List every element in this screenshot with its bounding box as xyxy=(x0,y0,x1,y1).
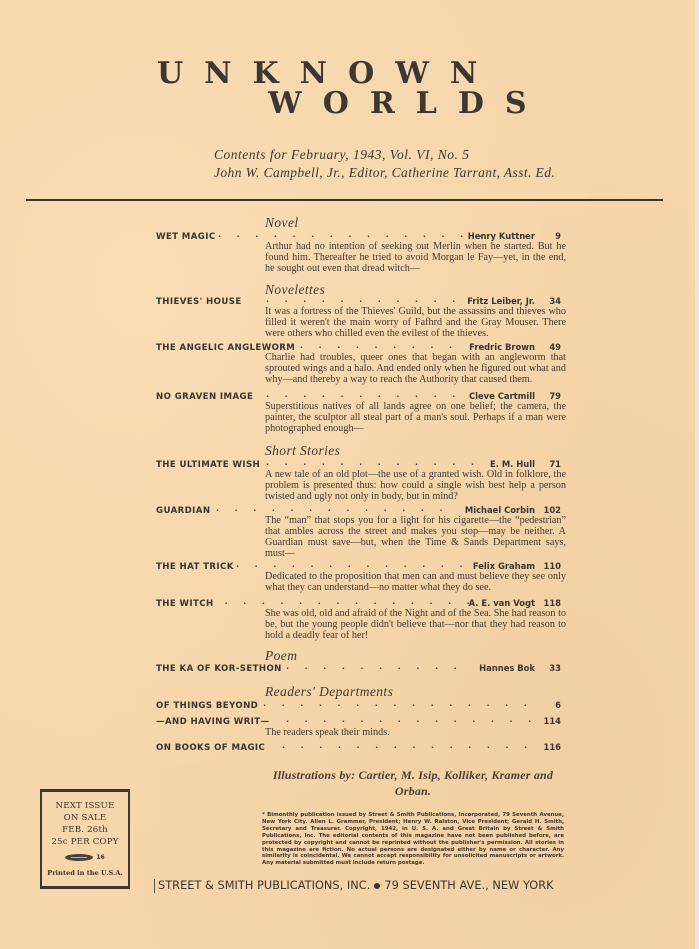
leader-dots: . . . . . . . . . . . . . . . . . . . . … xyxy=(286,662,472,671)
editors-line: John W. Campbell, Jr., Editor, Catherine… xyxy=(214,165,555,181)
toc-entry-author: Fredric Brown xyxy=(469,342,535,352)
toc-entry-byline: A. E. van Vogt118 xyxy=(469,598,561,608)
publisher-footer: STREET & SMITH PUBLICATIONS, INC.79 SEVE… xyxy=(154,879,554,893)
toc-entry-title: THE WITCH xyxy=(156,599,214,609)
magazine-title-line2: WORLDS xyxy=(268,86,548,121)
toc-entry-page: 110 xyxy=(539,561,561,571)
toc-entry-author: Fritz Leiber, Jr. xyxy=(467,296,535,306)
leader-dots: . . . . . . . . . . . . . . . . . . . . … xyxy=(236,560,466,569)
toc-entry-byline: Michael Corbin102 xyxy=(465,505,561,515)
publisher-address: 79 SEVENTH AVE., NEW YORK xyxy=(384,879,553,892)
toc-entry-title: THE ULTIMATE WISH xyxy=(156,460,260,470)
toc-entry-byline: E. M. Hull71 xyxy=(490,459,561,469)
publisher-name: STREET & SMITH PUBLICATIONS, INC. xyxy=(158,879,370,892)
bullet-icon xyxy=(374,883,380,889)
next-issue-box: NEXT ISSUE ON SALE FEB. 26th 25c PER COP… xyxy=(40,789,130,889)
toc-entry-description: Charlie had troubles, queer ones that be… xyxy=(265,352,566,385)
toc-entry-description: Arthur had no intention of seeking out M… xyxy=(265,241,566,274)
contents-page: UNKNOWN WORLDS Contents for February, 19… xyxy=(0,0,695,949)
toc-entry-title: NO GRAVEN IMAGE xyxy=(156,392,253,402)
leader-dots: . . . . . . . . . . . . . . . . . . . . … xyxy=(263,699,533,708)
toc-entry-description: The “man” that stops you for a light for… xyxy=(265,515,566,559)
toc-entry-page: 116 xyxy=(539,742,561,752)
on-sale-date: FEB. 26th xyxy=(42,824,128,836)
toc-entry-title: WET MAGIC xyxy=(156,232,216,242)
issue-info: Contents for February, 1943, Vol. VI, No… xyxy=(214,147,470,163)
toc-entry-page: 102 xyxy=(539,505,561,515)
toc-entry-title: OF THINGS BEYOND xyxy=(156,701,258,711)
leader-dots: . . . . . . . . . . . . . . . . . . . . … xyxy=(300,341,458,350)
toc-entry-author: Felix Graham xyxy=(473,561,535,571)
price-per-copy: 25c PER COPY xyxy=(42,836,128,848)
leader-dots: . . . . . . . . . . . . . . . . . . . . … xyxy=(218,230,488,239)
toc-entry-description: Superstitious natives of all lands agree… xyxy=(265,401,566,434)
section-heading-short-stories: Short Stories xyxy=(265,443,340,459)
toc-entry-title: THIEVES' HOUSE xyxy=(156,297,242,307)
leader-dots: . . . . . . . . . . . . . . . . . . . . … xyxy=(266,295,460,304)
union-label-number: 16 xyxy=(96,854,104,861)
toc-entry-byline: Felix Graham110 xyxy=(473,561,561,571)
toc-entry-description: The readers speak their minds. xyxy=(265,727,566,738)
leader-dots: . . . . . . . . . . . . . . . . . . . . … xyxy=(282,741,534,750)
toc-entry-page: 71 xyxy=(539,459,561,469)
toc-entry-title: THE HAT TRICK xyxy=(156,562,234,572)
toc-entry-byline: 116 xyxy=(539,742,561,752)
toc-entry-author: E. M. Hull xyxy=(490,459,535,469)
leader-dots: . . . . . . . . . . . . . . . . . . . . … xyxy=(266,390,458,399)
toc-entry-byline: Fredric Brown49 xyxy=(469,342,561,352)
header-divider xyxy=(26,199,663,201)
toc-entry-page: 114 xyxy=(539,716,561,726)
toc-entry-byline: Hannes Bok33 xyxy=(479,663,561,673)
toc-entry-page: 34 xyxy=(539,296,561,306)
toc-entry-author: A. E. van Vogt xyxy=(469,598,535,608)
section-heading-readers-departments: Readers' Departments xyxy=(265,684,393,700)
toc-entry-byline: Henry Kuttner9 xyxy=(468,231,561,241)
toc-entry-page: 118 xyxy=(539,598,561,608)
toc-entry-description: It was a fortress of the Thieves' Guild,… xyxy=(265,306,566,339)
on-sale-label: ON SALE xyxy=(42,812,128,824)
toc-entry-byline: Cleve Cartmill79 xyxy=(469,391,561,401)
leader-dots: . . . . . . . . . . . . . . . . . . . . … xyxy=(216,504,456,513)
toc-entry-byline: 6 xyxy=(539,700,561,710)
toc-entry-page: 6 xyxy=(539,700,561,710)
toc-entry-title: ON BOOKS OF MAGIC xyxy=(156,743,265,753)
union-label: 16 xyxy=(42,852,128,862)
toc-entry-byline: 114 xyxy=(539,716,561,726)
page-edge xyxy=(695,0,699,949)
union-emblem-icon xyxy=(65,854,93,861)
section-heading-novel: Novel xyxy=(265,215,299,231)
illustrations-credit: Illustrations by: Cartier, M. Isip, Koll… xyxy=(262,767,564,799)
leader-dots: . . . . . . . . . . . . . . . . . . . . … xyxy=(286,715,534,724)
toc-entry-page: 49 xyxy=(539,342,561,352)
toc-entry-author: Hannes Bok xyxy=(479,663,535,673)
toc-entry-page: 33 xyxy=(539,663,561,673)
toc-entry-author: Cleve Cartmill xyxy=(469,391,535,401)
toc-entry-page: 79 xyxy=(539,391,561,401)
toc-entry-byline: Fritz Leiber, Jr.34 xyxy=(467,296,561,306)
toc-entry-description: A new tale of an old plot—the use of a g… xyxy=(265,469,566,502)
printed-in-usa: Printed in the U.S.A. xyxy=(42,869,128,877)
legal-notice: * Bimonthly publication issued by Street… xyxy=(262,812,564,867)
toc-entry-page: 9 xyxy=(539,231,561,241)
toc-entry-title: THE KA OF KOR-SETHON xyxy=(156,664,282,674)
next-issue-label: NEXT ISSUE xyxy=(42,800,128,812)
toc-entry-description: She was old, old and afraid of the Night… xyxy=(265,608,566,641)
toc-entry-title: GUARDIAN xyxy=(156,506,210,516)
toc-entry-description: Dedicated to the proposition that men ca… xyxy=(265,571,566,593)
leader-dots: . . . . . . . . . . . . . . . . . . . . … xyxy=(266,458,488,467)
leader-dots: . . . . . . . . . . . . . . . . . . . . … xyxy=(206,597,470,606)
toc-entry-author: Henry Kuttner xyxy=(468,231,535,241)
toc-entry-author: Michael Corbin xyxy=(465,505,535,515)
toc-entry-title: —AND HAVING WRIT— xyxy=(156,717,269,727)
